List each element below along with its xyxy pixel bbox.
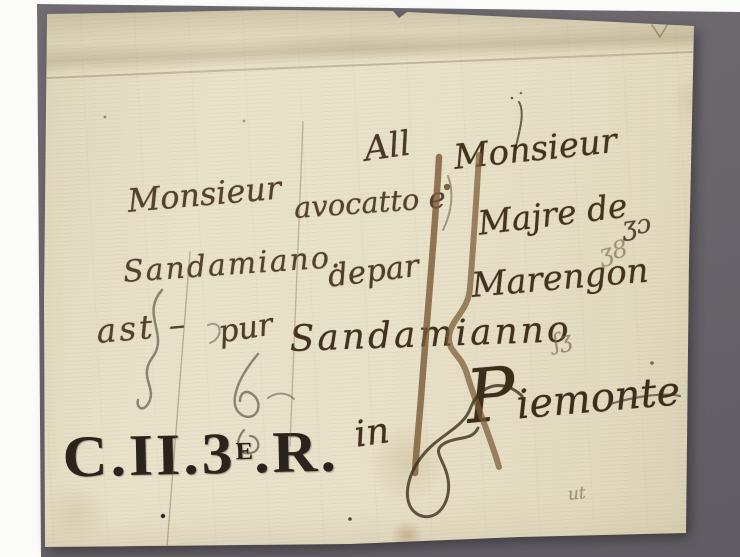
photo-of-postal-cover: Monsieur avocatto e Sandamiano. depar as… xyxy=(0,0,740,557)
ghost-mark: ut xyxy=(567,484,587,504)
ink-stain xyxy=(390,520,424,550)
paper-stain xyxy=(250,28,450,60)
letter-shadow: Monsieur avocatto e Sandamiano. depar as… xyxy=(0,0,740,557)
handwritten-word-pur: pur xyxy=(216,307,275,349)
paper-stain xyxy=(42,480,108,546)
postmark-stamp: C.II.3E.R. xyxy=(62,422,339,487)
postmark-superscript: E xyxy=(235,437,254,465)
forwarded-address-place2: ast – xyxy=(95,306,190,350)
main-address-salutation: All xyxy=(362,126,413,169)
postmark-suffix: .R. xyxy=(253,419,339,485)
main-address-prefix: in xyxy=(352,411,392,455)
letter-cover: Monsieur avocatto e Sandamiano. depar as… xyxy=(0,0,740,557)
paper-stain xyxy=(668,76,712,126)
postmark-prefix: C.II.3 xyxy=(62,422,236,490)
